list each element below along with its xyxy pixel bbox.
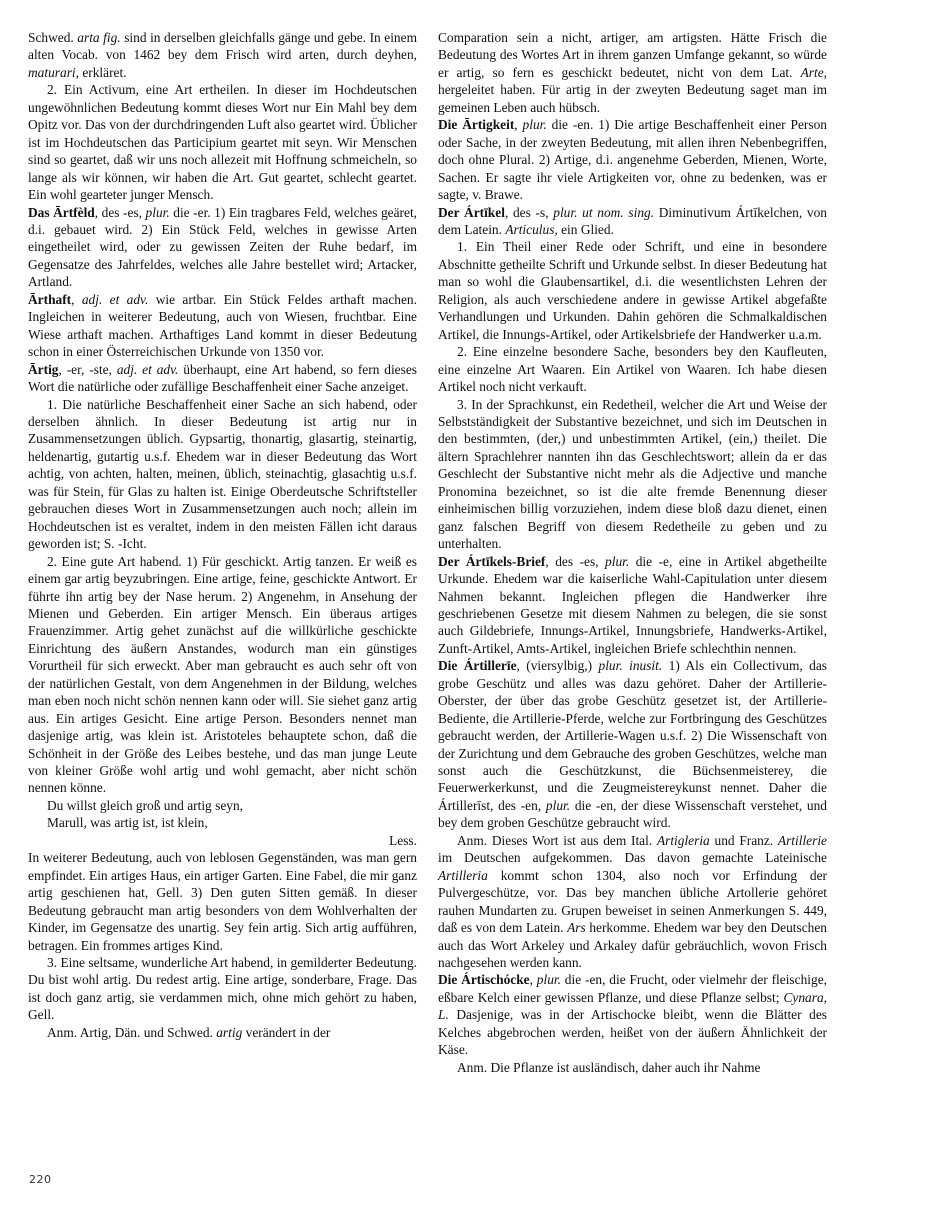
verse-line: Marull, was artig ist, ist klein, xyxy=(28,814,417,831)
dictionary-entry: Die Ártillerīe, (viersylbig,) plur. inus… xyxy=(438,657,827,832)
text-run: 1) Als ein Collectivum, das grobe Geschü… xyxy=(438,658,827,813)
italic-term: Arte, xyxy=(801,65,827,80)
italic-term: Artillerie xyxy=(778,833,827,848)
italic-term: adj. et adv. xyxy=(117,362,179,377)
text-run: Anm. Die Pflanze ist ausländisch, daher … xyxy=(457,1060,760,1075)
italic-term: plur. xyxy=(537,972,561,987)
italic-term: Articulus, xyxy=(505,222,557,237)
page-number: 220 xyxy=(29,1173,52,1186)
paragraph: 3. Eine seltsame, wunderliche Art habend… xyxy=(28,954,417,1024)
text-run: In weiterer Bedeutung, auch von leblosen… xyxy=(28,850,417,952)
dictionary-entry: Die Ārtigkeit, plur. die -en. 1) Die art… xyxy=(438,116,827,203)
paragraph: Schwed. arta fig. sind in derselben glei… xyxy=(28,29,417,81)
headword: Der Ártīkels-Brief xyxy=(438,554,545,569)
headword: Der Ártīkel xyxy=(438,205,505,220)
text-run: , xyxy=(530,972,537,987)
headword: Ārthaft xyxy=(28,292,71,307)
verse-line: Du willst gleich groß und artig seyn, xyxy=(28,797,417,814)
text-run: 1. Die natürliche Beschaffenheit einer S… xyxy=(28,397,417,552)
text-run: verändert in der xyxy=(242,1025,330,1040)
text-run: Anm. Artig, Dän. und Schwed. xyxy=(47,1025,216,1040)
text-run: und Franz. xyxy=(710,833,778,848)
italic-term: plur. xyxy=(523,117,547,132)
paragraph: 2. Eine einzelne besondere Sache, besond… xyxy=(438,343,827,395)
paragraph: 3. In der Sprachkunst, ein Redetheil, we… xyxy=(438,396,827,553)
text-run: 2. Eine einzelne besondere Sache, besond… xyxy=(438,344,827,394)
text-run: , (viersylbig,) xyxy=(517,658,599,673)
text-run: Anm. Dieses Wort ist aus dem Ital. xyxy=(457,833,657,848)
text-run: Comparation sein a nicht, artiger, am ar… xyxy=(438,30,827,80)
headword: Die Ártischócke xyxy=(438,972,530,987)
text-run: 2. Ein Activum, eine Art ertheilen. In d… xyxy=(28,82,417,202)
italic-term: Ars xyxy=(567,920,586,935)
italic-term: maturari, xyxy=(28,65,79,80)
text-run: erkläret. xyxy=(79,65,127,80)
text-run: Marull, was artig ist, ist klein, xyxy=(47,815,208,830)
dictionary-entry: Ārthaft, adj. et adv. wie artbar. Ein St… xyxy=(28,291,417,361)
text-run: 2. Eine gute Art habend. 1) Für geschick… xyxy=(28,554,417,796)
text-run: hergeleitet haben. Für artig in der zwey… xyxy=(438,82,827,114)
text-run: , xyxy=(514,117,522,132)
text-run: , des -es, xyxy=(95,205,146,220)
headword: Die Ártillerīe xyxy=(438,658,517,673)
text-run: im Deutschen aufgekommen. Das davon gema… xyxy=(438,850,827,865)
italic-term: adj. et adv. xyxy=(82,292,149,307)
italic-term: plur. inusit. xyxy=(599,658,663,673)
paragraph: 1. Die natürliche Beschaffenheit einer S… xyxy=(28,396,417,553)
dictionary-entry: Der Ártīkels-Brief, des -es, plur. die -… xyxy=(438,553,827,658)
text-run: ein Glied. xyxy=(558,222,614,237)
text-run: , xyxy=(71,292,82,307)
text-run: , -er, -ste, xyxy=(59,362,117,377)
dictionary-entry: Die Ártischócke, plur. die -en, die Fruc… xyxy=(438,971,827,1058)
italic-term: plur. xyxy=(605,554,629,569)
right-column: Comparation sein a nicht, artiger, am ar… xyxy=(438,29,827,1076)
paragraph: Anm. Artig, Dän. und Schwed. artig verän… xyxy=(28,1024,417,1041)
italic-term: plur. ut nom. sing. xyxy=(553,205,654,220)
paragraph: Anm. Die Pflanze ist ausländisch, daher … xyxy=(438,1059,827,1076)
text-run: , des -s, xyxy=(505,205,553,220)
text-run: Dasjenige, was in der Artischocke bleibt… xyxy=(438,1007,827,1057)
italic-term: artig xyxy=(216,1025,242,1040)
dictionary-entry: Das Ārtfèld, des -es, plur. die -er. 1) … xyxy=(28,204,417,291)
text-run: 1. Ein Theil einer Rede oder Schrift, un… xyxy=(438,239,827,341)
headword: Ārtig xyxy=(28,362,59,377)
dictionary-page: Schwed. arta fig. sind in derselben glei… xyxy=(0,0,935,1210)
text-run: 3. In der Sprachkunst, ein Redetheil, we… xyxy=(438,397,827,552)
text-run: , des -es, xyxy=(545,554,605,569)
quote-attribution: Less. xyxy=(28,832,417,849)
paragraph: In weiterer Bedeutung, auch von leblosen… xyxy=(28,849,417,954)
dictionary-entry: Ārtig, -er, -ste, adj. et adv. überhaupt… xyxy=(28,361,417,396)
paragraph: Anm. Dieses Wort ist aus dem Ital. Artig… xyxy=(438,832,827,972)
text-run: Du willst gleich groß und artig seyn, xyxy=(47,798,243,813)
italic-term: Artilleria xyxy=(438,868,488,883)
paragraph: Comparation sein a nicht, artiger, am ar… xyxy=(438,29,827,116)
headword: Das Ārtfèld xyxy=(28,205,95,220)
text-run: 3. Eine seltsame, wunderliche Art habend… xyxy=(28,955,417,1022)
italic-term: Artigleria xyxy=(657,833,710,848)
headword: Die Ārtigkeit xyxy=(438,117,514,132)
left-column: Schwed. arta fig. sind in derselben glei… xyxy=(28,29,417,1041)
text-run: Less. xyxy=(389,833,417,848)
paragraph: 2. Ein Activum, eine Art ertheilen. In d… xyxy=(28,81,417,203)
dictionary-entry: Der Ártīkel, des -s, plur. ut nom. sing.… xyxy=(438,204,827,239)
text-run: Schwed. xyxy=(28,30,77,45)
paragraph: 1. Ein Theil einer Rede oder Schrift, un… xyxy=(438,238,827,343)
italic-term: plur. xyxy=(146,205,170,220)
italic-term: plur. xyxy=(546,798,570,813)
paragraph: 2. Eine gute Art habend. 1) Für geschick… xyxy=(28,553,417,797)
italic-term: arta fig. xyxy=(77,30,120,45)
